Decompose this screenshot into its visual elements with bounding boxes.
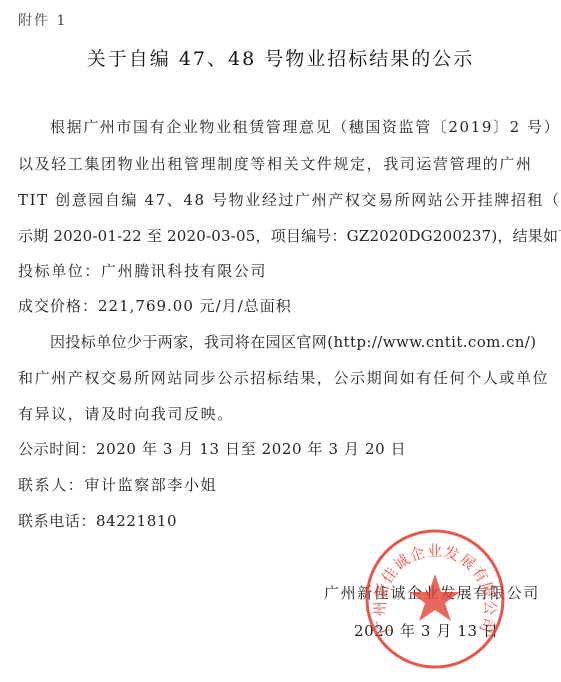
contact-line: 联系人：审计监察部李小姐 [18, 476, 217, 494]
notice-line-3: 有异议，请及时向我司反映。 [18, 405, 234, 423]
bidder-line: 投标单位：广州腾讯科技有限公司 [18, 262, 267, 280]
body-line-3: TIT 创意园自编 47、48 号物业经过广州产权交易所网站公开挂牌招租（公 [18, 191, 561, 209]
phone-line: 联系电话：84221810 [18, 512, 177, 530]
body-line-4: 示期 2020-01-22 至 2020-03-05，项目编号：GZ2020DG… [18, 227, 561, 245]
attachment-label: 附件 1 [18, 10, 67, 30]
notice-line-2: 和广州产权交易所网站同步公示招标结果，公示期间如有任何个人或单位 [18, 369, 549, 387]
price-line: 成交价格：221,769.00 元/月/总面积 [18, 297, 292, 315]
signature-date: 2020 年 3 月 13 日 [354, 620, 499, 641]
document-page: 附件 1 关于自编 47、48 号物业招标结果的公示 根据广州市国有企业物业租赁… [0, 0, 561, 682]
period-line: 公示时间：2020 年 3 月 13 日至 2020 年 3 月 20 日 [18, 440, 406, 458]
notice-line-1: 因投标单位少于两家，我司将在园区官网(http://www.cntit.com.… [50, 333, 537, 351]
document-title: 关于自编 47、48 号物业招标结果的公示 [0, 44, 561, 71]
signature-company: 广州新佳诚企业发展有限公司 [324, 582, 540, 603]
body-line-2: 以及轻工集团物业出租管理制度等相关文件规定，我司运营管理的广州 [18, 155, 533, 173]
body-line-1: 根据广州市国有企业物业租赁管理意见（穗国资监管〔2019〕2 号） [50, 118, 560, 136]
